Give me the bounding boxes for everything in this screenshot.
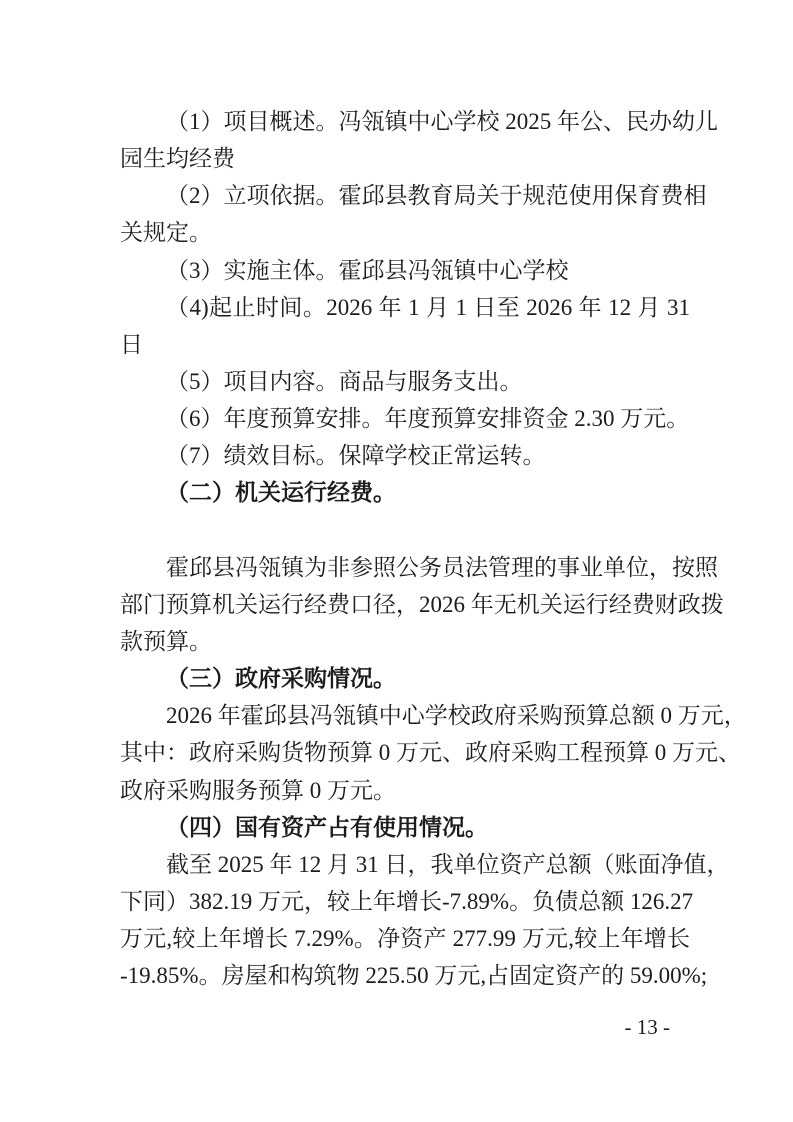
text-line: 政府采购服务预算 0 万元。 <box>120 772 690 809</box>
text-line: 万元,较上年增长 7.29%。净资产 277.99 万元,较上年增长 <box>120 920 690 957</box>
text-line: 部门预算机关运行经费口径，2026 年无机关运行经费财政拨 <box>120 586 690 623</box>
text-line: （5）项目内容。商品与服务支出。 <box>120 363 690 400</box>
text-line: 关规定。 <box>120 214 690 251</box>
text-line: （2）立项依据。霍邱县教育局关于规范使用保育费相 <box>120 177 690 214</box>
page-number: - 13 - <box>120 1012 670 1042</box>
blank-line <box>120 512 690 549</box>
text-line: 日 <box>120 326 690 363</box>
text-line: 霍邱县冯瓴镇为非参照公务员法管理的事业单位，按照 <box>120 549 690 586</box>
text-line: （6）年度预算安排。年度预算安排资金 2.30 万元。 <box>120 400 690 437</box>
text-line: （3）实施主体。霍邱县冯瓴镇中心学校 <box>120 252 690 289</box>
section-heading: （二）机关运行经费。 <box>120 474 690 511</box>
text-line: （7）绩效目标。保障学校正常运转。 <box>120 437 690 474</box>
text-line: 截至 2025 年 12 月 31 日，我单位资产总额（账面净值， <box>120 846 690 883</box>
text-line: 其中：政府采购货物预算 0 万元、政府采购工程预算 0 万元、 <box>120 734 690 771</box>
section-heading: （三）政府采购情况。 <box>120 660 690 697</box>
text-line: 下同）382.19 万元，较上年增长-7.89%。负债总额 126.27 <box>120 883 690 920</box>
text-line: 园生均经费 <box>120 140 690 177</box>
text-line: 款预算。 <box>120 623 690 660</box>
text-line: （1）项目概述。冯瓴镇中心学校 2025 年公、民办幼儿 <box>120 103 690 140</box>
section-heading: （四）国有资产占有使用情况。 <box>120 809 690 846</box>
text-line: 2026 年霍邱县冯瓴镇中心学校政府采购预算总额 0 万元， <box>120 697 690 734</box>
text-line: （4)起止时间。2026 年 1 月 1 日至 2026 年 12 月 31 <box>120 289 690 326</box>
document-page: （1）项目概述。冯瓴镇中心学校 2025 年公、民办幼儿 园生均经费 （2）立项… <box>0 0 793 1122</box>
text-block: （1）项目概述。冯瓴镇中心学校 2025 年公、民办幼儿 园生均经费 （2）立项… <box>120 103 690 994</box>
text-line: -19.85%。房屋和构筑物 225.50 万元,占固定资产的 59.00%; <box>120 957 690 994</box>
